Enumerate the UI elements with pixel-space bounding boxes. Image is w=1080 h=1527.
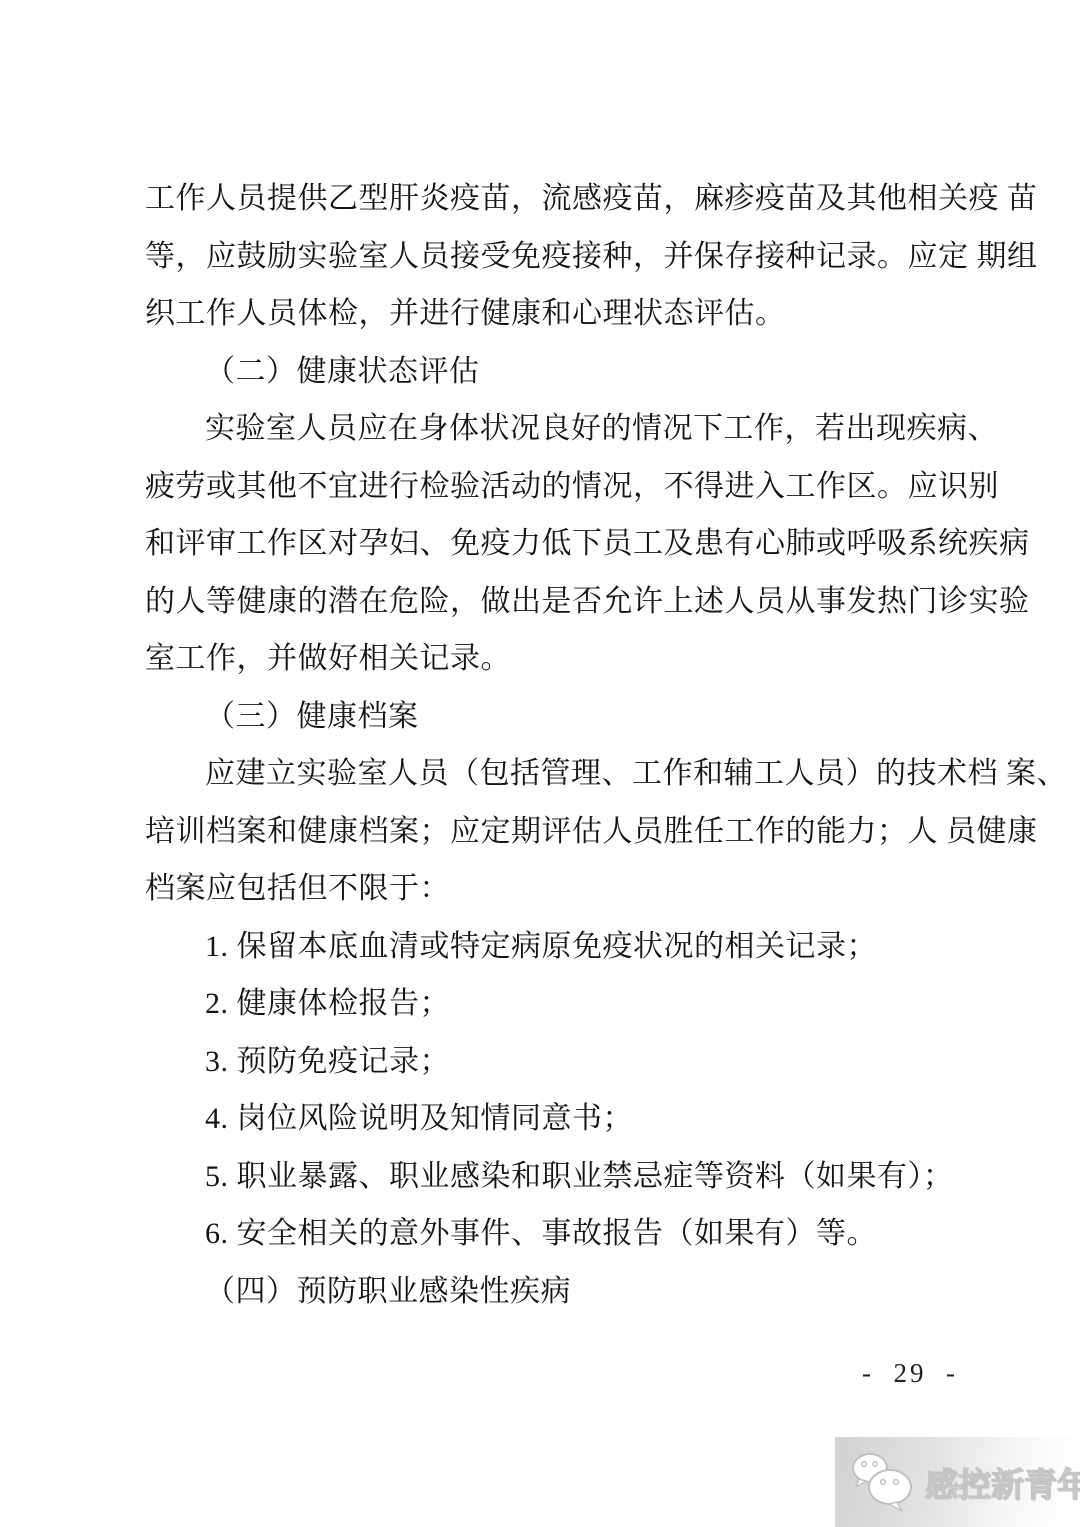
text-line: 3. 预防免疫记录； — [145, 1033, 960, 1091]
text-line: 和评审工作区对孕妇、免疫力低下员工及患有心肺或呼吸系统疾病 — [145, 515, 960, 573]
text-line: 培训档案和健康档案；应定期评估人员胜任工作的能力；人 员健康 — [145, 803, 960, 861]
text-line: 工作人员提供乙型肝炎疫苗，流感疫苗，麻疹疫苗及其他相关疫 苗 — [145, 170, 960, 228]
text-line: 的人等健康的潜在危险，做出是否允许上述人员从事发热门诊实验 — [145, 573, 960, 631]
text-line: 2. 健康体检报告； — [145, 975, 960, 1033]
document-body: 工作人员提供乙型肝炎疫苗，流感疫苗，麻疹疫苗及其他相关疫 苗等，应鼓励实验室人员… — [145, 170, 960, 1320]
wechat-icon — [847, 1451, 919, 1513]
text-line: 档案应包括但不限于： — [145, 860, 960, 918]
text-line: 实验室人员应在身体状况良好的情况下工作，若出现疾病、 — [145, 400, 960, 458]
text-line: 等，应鼓励实验室人员接受免疫接种，并保存接种记录。应定 期组 — [145, 228, 960, 286]
watermark-text: 感控新青年 — [925, 1459, 1080, 1506]
text-line: 疲劳或其他不宜进行检验活动的情况，不得进入工作区。应识别 — [145, 458, 960, 516]
text-line: （三）健康档案 — [145, 688, 960, 746]
text-line: 室工作，并做好相关记录。 — [145, 630, 960, 688]
document-page: 工作人员提供乙型肝炎疫苗，流感疫苗，麻疹疫苗及其他相关疫 苗等，应鼓励实验室人员… — [0, 0, 1080, 1527]
page-number: - 29 - — [862, 1358, 958, 1389]
text-line: （四）预防职业感染性疾病 — [145, 1263, 960, 1321]
text-line: 织工作人员体检，并进行健康和心理状态评估。 — [145, 285, 960, 343]
text-line: （二）健康状态评估 — [145, 343, 960, 401]
watermark: 感控新青年 — [835, 1437, 1080, 1527]
text-line: 6. 安全相关的意外事件、事故报告（如果有）等。 — [145, 1205, 960, 1263]
text-line: 应建立实验室人员（包括管理、工作和辅工人员）的技术档 案、 — [145, 745, 960, 803]
text-line: 4. 岗位风险说明及知情同意书； — [145, 1090, 960, 1148]
text-line: 1. 保留本底血清或特定病原免疫状况的相关记录； — [145, 918, 960, 976]
text-line: 5. 职业暴露、职业感染和职业禁忌症等资料（如果有）； — [145, 1148, 960, 1206]
